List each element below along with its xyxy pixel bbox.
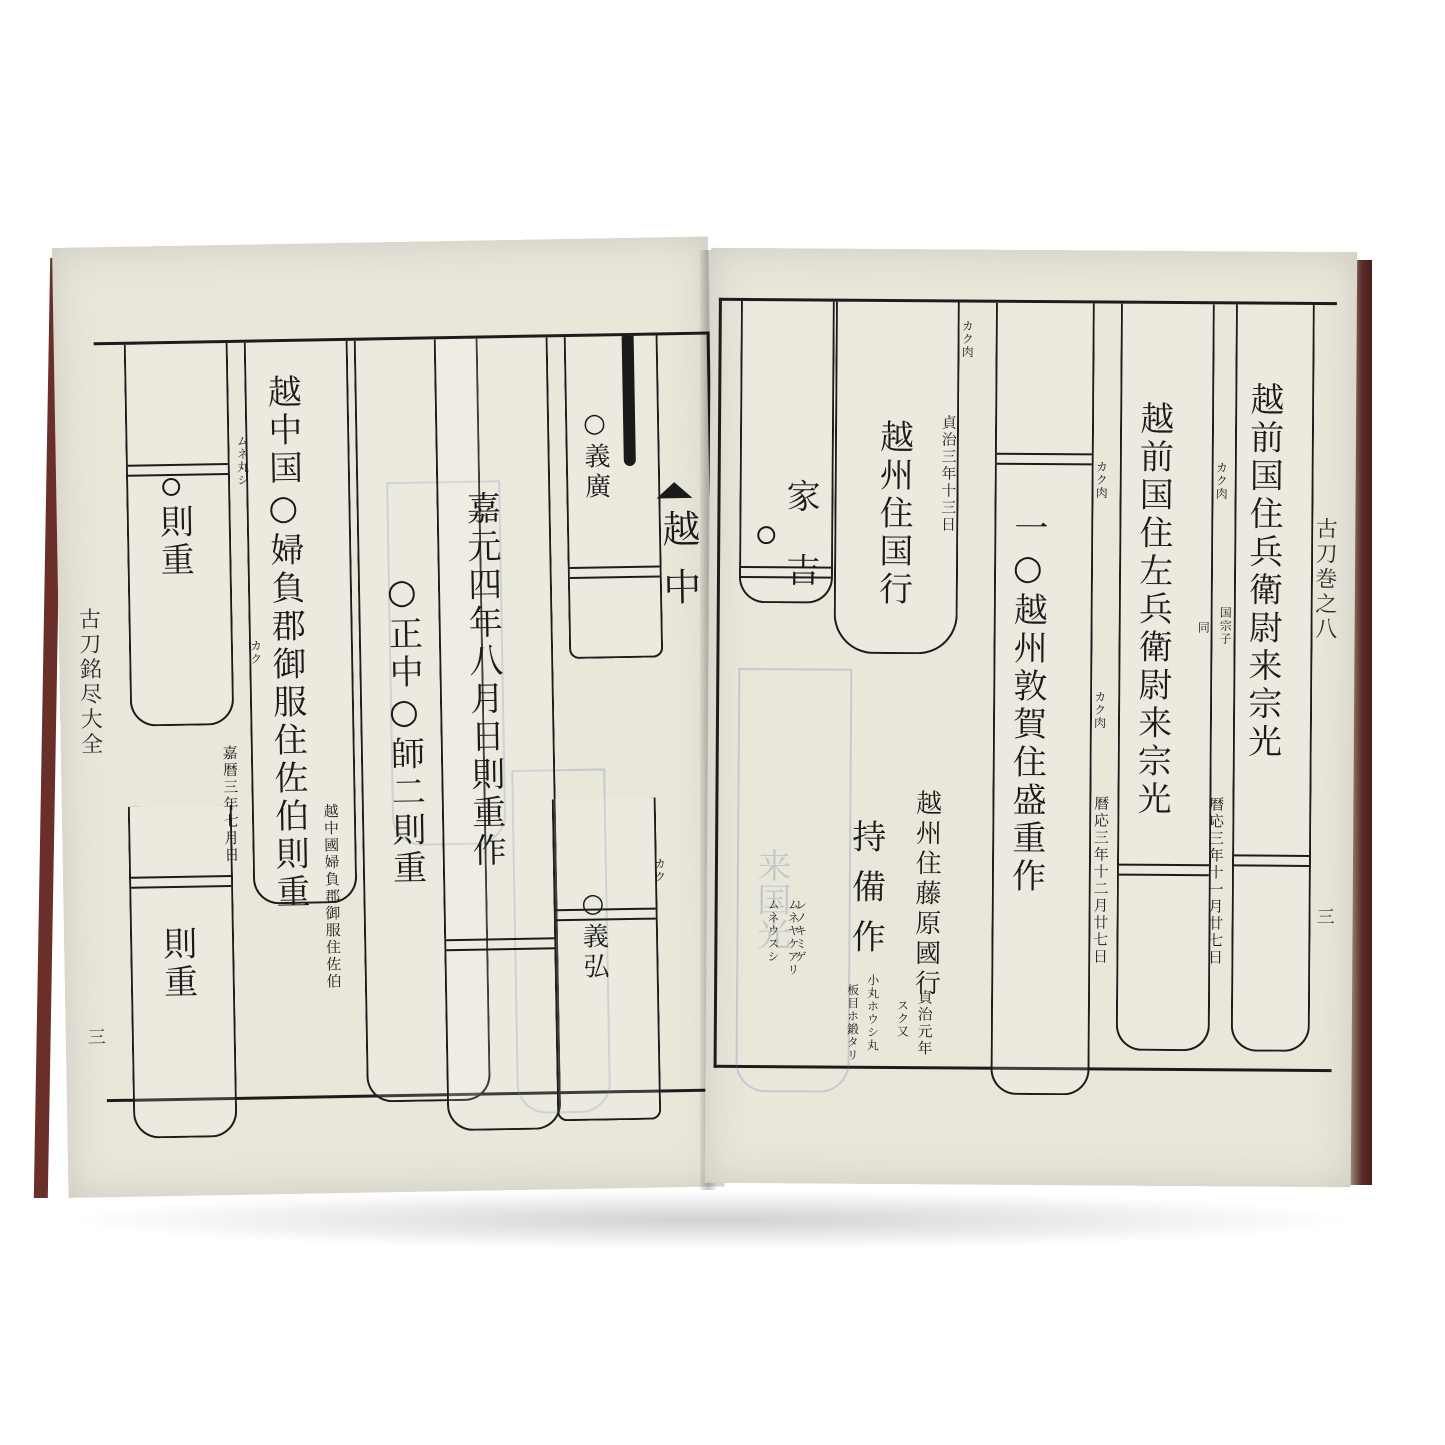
tang-signature-L1: 則重 <box>154 504 191 581</box>
tang-note-L7: カク <box>653 857 666 883</box>
left-margin-title: 古刀銘尽大全 <box>72 607 106 758</box>
habaki-line <box>570 565 660 579</box>
tang-note-R7-date: 暦応三年十一月廿七日 <box>1206 796 1223 966</box>
tang-note-R4-date: 貞治元年 <box>916 989 932 1057</box>
section-heading: 越中 <box>657 509 699 626</box>
tang-note-R1-c: ムネヤケアリ <box>786 898 799 976</box>
tang-signature-R1: 家吉 <box>781 478 818 626</box>
tang-note-R6-date: 暦応三年十二月廿七日 <box>1091 795 1108 965</box>
right-page-number: 三 <box>1311 907 1337 928</box>
tang-signature-R3: 持備作 <box>846 819 883 969</box>
tang-note-R1-b: ムネウスシ <box>766 898 779 963</box>
tang-note-R7-kakuniku: カク肉 <box>1215 461 1228 500</box>
tang-note-R3-a: 小丸ホウシ丸 <box>866 974 879 1052</box>
tang-signature-R5: 一○越州敦賀住盛重作 <box>1006 510 1046 1070</box>
tang-signature-L3: 則重 <box>158 926 195 1003</box>
tang-note-L2-kaku: カク <box>249 639 262 665</box>
tang-outline-L6 <box>564 335 664 659</box>
blade-edge-black <box>622 336 636 466</box>
open-book: 古刀銘尽大全 三 則重 ムネ丸シ 則重 越中国○婦負郡御服住佐伯則重 カク 嘉暦… <box>0 0 1445 1445</box>
section-marker-triangle <box>656 482 692 499</box>
habaki-line <box>997 453 1092 466</box>
tang-signature-R4: 越州住藤原國行 <box>911 789 940 999</box>
tang-signature-L7: ○義弘 <box>578 888 607 982</box>
tang-signature-L6: ○義廣 <box>580 408 609 502</box>
habaki-line <box>128 463 228 477</box>
tang-note-R7-kunimune: 国宗子 <box>1219 606 1232 645</box>
tang-signature-R2: 越州住国行 <box>874 419 911 609</box>
tang-note-R7-same: 同 <box>1197 621 1210 634</box>
left-page-number: 三 <box>82 1027 108 1048</box>
tang-signature-R7: 越前国住兵衛尉来宗光 <box>1241 381 1281 941</box>
mekugi-hole <box>757 526 775 544</box>
right-margin-title: 古刀巻之八 <box>1309 517 1341 642</box>
tang-note-R2-kakuniku: カク肉 <box>961 320 974 359</box>
tang-note-R5: カク肉 <box>1095 460 1108 499</box>
tang-signature-L2: 越中国○婦負郡御服住佐伯則重 <box>262 374 307 935</box>
tang-note-R4-b: スク又 <box>896 999 909 1038</box>
tang-note-R6-kakuniku: カク肉 <box>1093 690 1106 729</box>
tang-signature-R6: 越前国住左兵衛尉来宗光 <box>1131 401 1171 961</box>
tang-note-R2-date: 貞治三年十三日 <box>939 414 956 533</box>
habaki-line <box>131 875 231 889</box>
tang-note-R3-b: 板目ホ鍛タリ <box>846 984 859 1062</box>
book-shadow <box>60 1190 1360 1250</box>
tang-note-L2-date: 嘉暦三年七月日 <box>221 745 239 864</box>
left-page: 古刀銘尽大全 三 則重 ムネ丸シ 則重 越中国○婦負郡御服住佐伯則重 カク 嘉暦… <box>52 237 724 1198</box>
right-page: 古刀巻之八 三 来国光 家吉 レノキミゲ ムネウスシ ムネヤケアリ 越州住国行 … <box>705 248 1358 1187</box>
